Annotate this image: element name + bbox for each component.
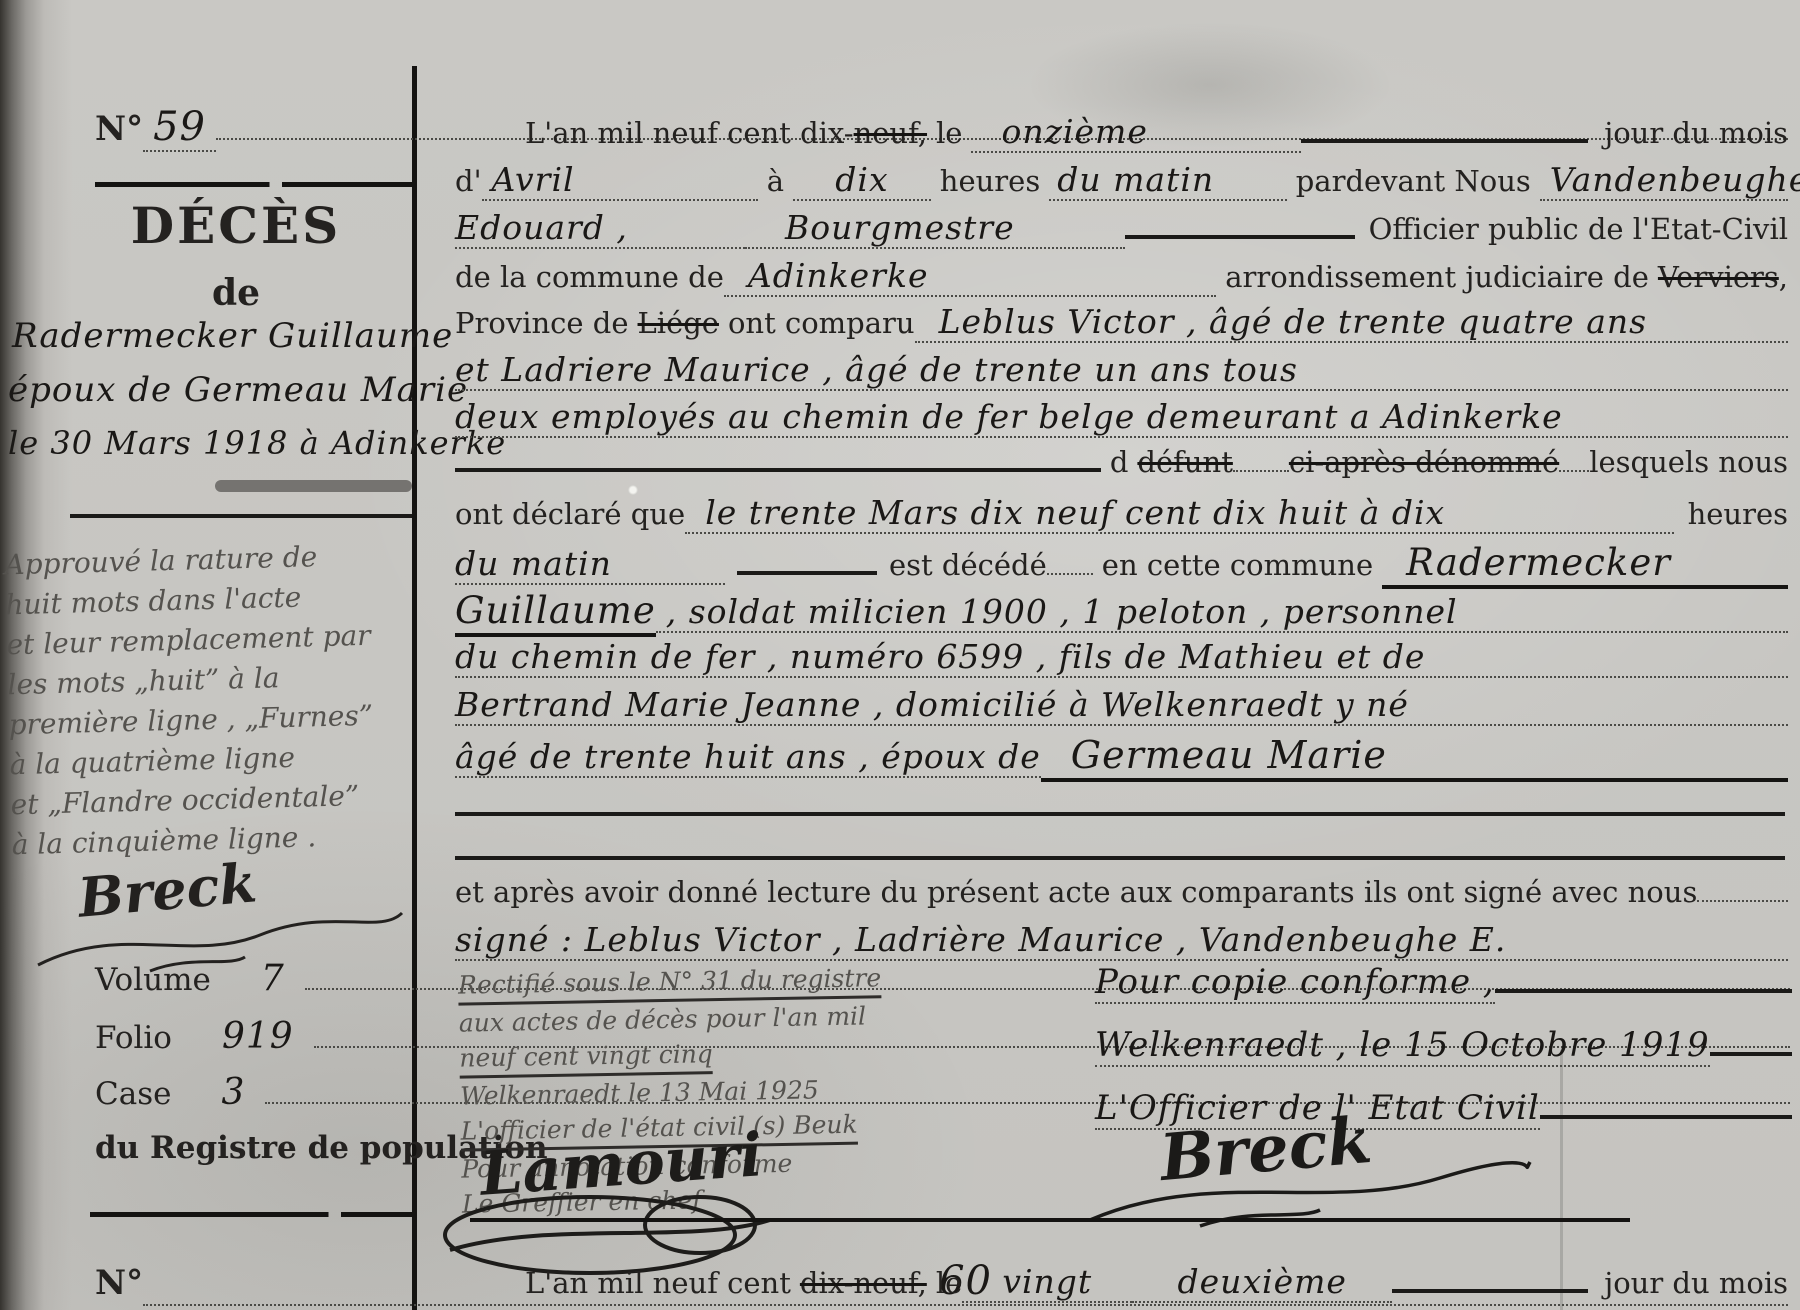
struck-text: neuf,	[854, 116, 927, 150]
act-line-signatures: signé : Leblus Victor , Ladrière Maurice…	[455, 920, 1788, 961]
margin-title: DÉCÈS	[60, 196, 412, 255]
column-divider-rule	[412, 66, 417, 1310]
printed-text: d'	[455, 164, 482, 198]
printed-text: ont déclaré que	[455, 497, 685, 531]
folio-value: 919	[172, 1016, 314, 1057]
witness-entry: deux employés au chemin de fer belge dem…	[455, 397, 1788, 438]
printed-text: L'an mil neuf cent dix-	[525, 116, 854, 150]
dotted-leader	[1233, 470, 1289, 472]
printed-text: Province de	[455, 306, 629, 340]
deceased-details: du chemin de fer , numéro 6599 , fils de…	[455, 637, 1788, 678]
ruled-fill-line	[1301, 139, 1588, 143]
act-line-next-act: L'an mil neuf cent dix-neuf, le vingt de…	[455, 1262, 1788, 1303]
act-line-declaration-1: ont déclaré que le trente Mars dix neuf …	[455, 493, 1788, 534]
blank-ruled-line	[455, 856, 1785, 860]
deceased-firstname: Guillaume	[455, 589, 656, 637]
act-line-opening-8: d défunt ci-après dénommé lesquels nous	[455, 445, 1788, 479]
day-ordinal: deuxième	[1132, 1262, 1392, 1303]
deceased-spouse-name: Germeau Marie	[1041, 733, 1788, 782]
act-line-opening-2: d' Avril à dix heures du matin pardevant…	[455, 160, 1788, 201]
printed-text: de la commune de	[455, 260, 724, 294]
deceased-details: Bertrand Marie Jeanne , domicilié à Welk…	[455, 685, 1788, 726]
margin-subtitle: de	[60, 272, 412, 314]
witness-entry: Leblus Victor , âgé de trente quatre ans	[915, 302, 1788, 343]
signatories-list: signé : Leblus Victor , Ladrière Maurice…	[455, 920, 1788, 961]
printed-text: le	[936, 1266, 962, 1300]
printed-text: lesquels nous	[1589, 445, 1788, 479]
act-line-opening-5: Province de Liége ont comparu Leblus Vic…	[455, 302, 1788, 343]
death-register-page: N° 59 DÉCÈS de Radermecker Guillaume épo…	[0, 0, 1800, 1310]
printed-text: arrondissement judiciaire de	[1225, 260, 1649, 294]
struck-text: défunt	[1137, 445, 1232, 479]
act-line-declaration-5: Bertrand Marie Jeanne , domicilié à Welk…	[455, 685, 1788, 726]
act-line-declaration-4: du chemin de fer , numéro 6599 , fils de…	[455, 637, 1788, 678]
deceased-name: Radermecker Guillaume	[12, 316, 453, 356]
ruled-fill-line	[455, 468, 1101, 472]
margin-top-rule	[95, 182, 412, 187]
death-period: du matin	[455, 544, 725, 585]
period-value: du matin	[1049, 160, 1287, 201]
printed-text: jour du mois	[1604, 116, 1788, 150]
deceased-spouse: époux de Germeau Marie	[8, 370, 468, 410]
ruled-fill-line	[1125, 235, 1355, 239]
case-label: Case	[95, 1076, 171, 1112]
copy-conforme-text: Pour copie conforme ,	[1095, 962, 1495, 1004]
ruled-fill-line	[1392, 1289, 1588, 1293]
margin-mid-rule	[70, 514, 412, 518]
act-line-declaration-6: âgé de trente huit ans , époux de Germea…	[455, 733, 1788, 782]
struck-text: Liége	[638, 306, 719, 340]
deceased-surname: Radermecker	[1382, 541, 1788, 589]
month-value: Avril	[482, 160, 758, 201]
printed-text: heures	[1688, 497, 1788, 531]
printed-text: est décédé	[889, 548, 1047, 582]
ruled-fill-line	[737, 571, 877, 575]
dotted-leader	[1559, 470, 1589, 472]
ruled-fill-line	[1710, 1052, 1792, 1056]
volume-value: 7	[211, 958, 305, 999]
death-datetime: le trente Mars dix neuf cent dix huit à …	[685, 493, 1673, 534]
certification-line: Welkenraedt , le 15 Octobre 1919	[1095, 1025, 1792, 1067]
record-number-value: 59	[143, 104, 216, 152]
officer-surname: Vandenbeughe	[1540, 160, 1788, 201]
printed-text: en cette commune	[1102, 548, 1373, 582]
act-line-declaration-2: du matin est décédé en cette commune Rad…	[455, 541, 1788, 589]
deceased-details: âgé de trente huit ans , époux de	[455, 737, 1041, 778]
day-ordinal: onzième	[971, 112, 1301, 153]
dotted-leader	[1047, 573, 1093, 575]
act-line-opening-4: de la commune de Adinkerke arrondissemen…	[455, 256, 1788, 297]
struck-text: ci-après dénommé	[1289, 445, 1559, 479]
printed-text: à	[767, 164, 784, 198]
printed-text: le	[936, 116, 962, 150]
officer-title-hw: Bourgmestre	[745, 208, 1125, 249]
redaction-bar	[215, 480, 412, 492]
rectification-line: neuf cent vingt cinq	[459, 1036, 713, 1078]
printed-text: L'an mil neuf cent	[525, 1266, 791, 1300]
printed-text: ,	[1779, 260, 1788, 294]
ruled-fill-line	[1540, 1115, 1792, 1119]
deceased-details: , soldat milicien 1900 , 1 peloton , per…	[656, 592, 1788, 633]
act-separator-rule	[470, 1218, 1630, 1222]
act-line-closing: et après avoir donné lecture du présent …	[455, 875, 1788, 909]
printed-text: Officier public de l'Etat-Civil	[1369, 212, 1788, 246]
act-line-declaration-3: Guillaume , soldat milicien 1900 , 1 pel…	[455, 589, 1788, 637]
act-line-opening-1: L'an mil neuf cent dix- neuf, le onzième…	[455, 112, 1788, 153]
dotted-leader	[1697, 900, 1788, 902]
printed-text: jour du mois	[1604, 1266, 1788, 1300]
act-line-opening-3: Edouard , Bourgmestre Officier public de…	[455, 208, 1788, 249]
next-record-label: N°	[95, 1263, 143, 1303]
margin-bottom-rule	[90, 1212, 412, 1217]
record-number-label: N°	[95, 109, 143, 149]
act-line-opening-6: et Ladriere Maurice , âgé de trente un a…	[455, 350, 1788, 391]
printed-text: heures	[940, 164, 1040, 198]
printed-text: ont comparu	[728, 306, 915, 340]
deceased-death-date: le 30 Mars 1918 à Adinkerke	[8, 424, 506, 462]
blank-ruled-line	[455, 812, 1785, 816]
certification-line: Pour copie conforme ,	[1095, 962, 1792, 1004]
volume-label: Volume	[95, 962, 211, 998]
officer-firstname: Edouard ,	[455, 208, 745, 249]
act-line-opening-7: deux employés au chemin de fer belge dem…	[455, 397, 1788, 438]
struck-text: dix-neuf,	[800, 1266, 927, 1300]
day-ordinal: vingt	[962, 1262, 1132, 1303]
ruled-fill-line	[1495, 989, 1792, 993]
struck-text: Verviers	[1658, 260, 1779, 294]
commune-value: Adinkerke	[724, 256, 1216, 297]
printed-text: pardevant Nous	[1296, 164, 1531, 198]
printed-text: d	[1110, 445, 1129, 479]
folio-label: Folio	[95, 1020, 172, 1056]
certification-place-date: Welkenraedt , le 15 Octobre 1919	[1095, 1025, 1710, 1067]
hour-value: dix	[793, 160, 931, 201]
approval-note: Approuvé la rature de huit mots dans l'a…	[4, 535, 416, 865]
printed-text: et après avoir donné lecture du présent …	[455, 875, 1697, 909]
witness-entry: et Ladriere Maurice , âgé de trente un a…	[455, 350, 1788, 391]
case-value: 3	[171, 1072, 265, 1113]
